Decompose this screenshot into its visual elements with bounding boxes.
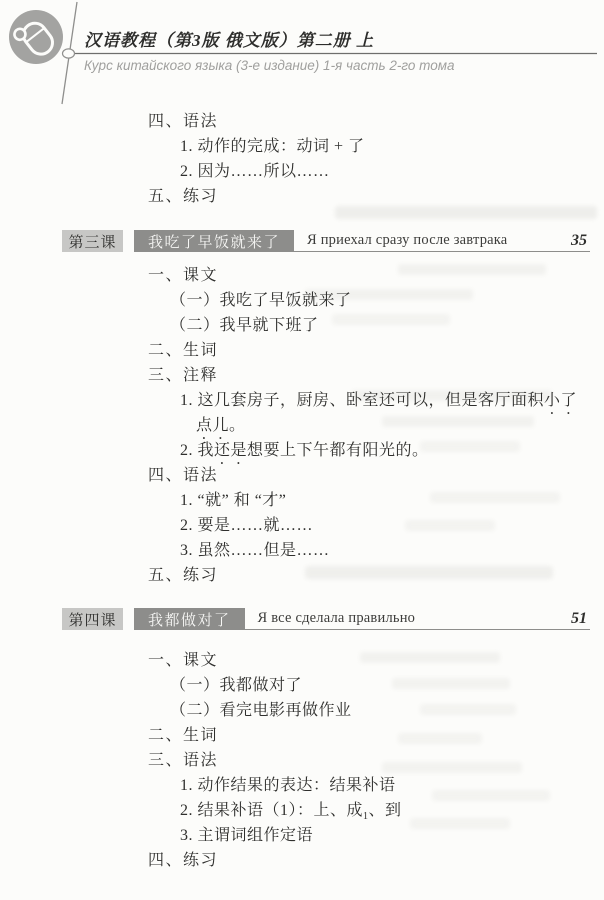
note-emphasized-text: 点儿 (196, 417, 229, 434)
lesson-number-badge: 第三课 (62, 230, 123, 252)
lesson-number-badge: 第四课 (62, 608, 123, 630)
toc-item: 1. “就” 和 “才” (60, 488, 594, 513)
lesson-4-header: 第四课 我都做对了 Я все сделала правильно 51 (62, 608, 590, 630)
toc-item: 2. 结果补语（1）：上、成1、到 (60, 798, 594, 823)
toc-item: （二）我早就下班了 (60, 313, 594, 338)
toc-item: 2. 要是……就…… (60, 513, 594, 538)
note-text: 2. 我 (180, 442, 214, 459)
toc-item: 一、课文 (60, 648, 594, 673)
toc-item: 1. 动作结果的表达：结果补语 (60, 773, 594, 798)
note-text: 1. 这几套房子，厨房、卧室还可以，但是客厅面积 (180, 392, 544, 409)
toc-item: 一、课文 (60, 263, 594, 288)
toc-item: （二）看完电影再做作业 (60, 698, 594, 723)
toc-item: 三、语法 (60, 748, 594, 773)
lesson-page-number: 51 (571, 610, 587, 628)
lesson-header-rule: Я все сделала правильно 51 (245, 608, 590, 630)
lesson-title-ru: Я приехал сразу после завтрака (307, 232, 507, 249)
toc-item: 1. 这几套房子，厨房、卧室还可以，但是客厅面积小了 (60, 388, 594, 413)
toc-item: 三、注释 (60, 363, 594, 388)
toc-item: 2. 我还是想要上下午都有阳光的。 (60, 438, 594, 463)
toc-item: 五、练习 (60, 563, 594, 588)
toc-section-previous-lesson: 四、语法 1. 动作的完成：动词 + 了 2. 因为……所以…… 五、练习 (60, 109, 594, 209)
toc-item: 二、生词 (60, 338, 594, 363)
note-emphasized-text: 还是 (214, 442, 247, 459)
toc-item: 2. 因为……所以…… (60, 159, 594, 184)
grammar-text: 、到 (369, 802, 402, 819)
note-text: 想要上下午都有阳光的。 (247, 442, 429, 459)
toc-item: 1. 动作的完成：动词 + 了 (60, 134, 594, 159)
toc-item: 五、练习 (60, 184, 594, 209)
note-emphasized-text: 小了 (544, 392, 577, 409)
toc-item: 3. 虽然……但是…… (60, 538, 594, 563)
toc-item: 点儿。 (60, 413, 594, 438)
lesson-3-header: 第三课 我吃了早饭就来了 Я приехал сразу после завтр… (62, 230, 590, 252)
mouse-logo-icon (9, 10, 63, 64)
lesson-page-number: 35 (571, 232, 587, 250)
lesson-header-rule: Я приехал сразу после завтрака 35 (294, 230, 590, 252)
toc-section-lesson-4: 一、课文 （一）我都做对了 （二）看完电影再做作业 二、生词 三、语法 1. 动… (60, 648, 594, 873)
header-decoration (0, 0, 604, 112)
lesson-title-zh: 我吃了早饭就来了 (134, 230, 294, 252)
note-text: 。 (229, 417, 246, 434)
book-title-zh: 汉语教程（第3版 俄文版）第二册 上 (84, 26, 374, 51)
book-toc-page: 汉语教程（第3版 俄文版）第二册 上 Курс китайского языка… (0, 0, 604, 900)
grammar-text: 2. 结果补语（1）：上、成 (180, 802, 363, 819)
toc-item: 3. 主谓词组作定语 (60, 823, 594, 848)
toc-item: （一）我吃了早饭就来了 (60, 288, 594, 313)
lesson-title-ru: Я все сделала правильно (258, 610, 416, 627)
toc-item: 四、练习 (60, 848, 594, 873)
lesson-title-zh: 我都做对了 (134, 608, 245, 630)
toc-item: 四、语法 (60, 109, 594, 134)
toc-item: 四、语法 (60, 463, 594, 488)
book-title-ru: Курс китайского языка (3-е издание) 1-я … (84, 58, 455, 73)
toc-section-lesson-3: 一、课文 （一）我吃了早饭就来了 （二）我早就下班了 二、生词 三、注释 1. … (60, 263, 594, 588)
toc-item: 二、生词 (60, 723, 594, 748)
toc-item: （一）我都做对了 (60, 673, 594, 698)
